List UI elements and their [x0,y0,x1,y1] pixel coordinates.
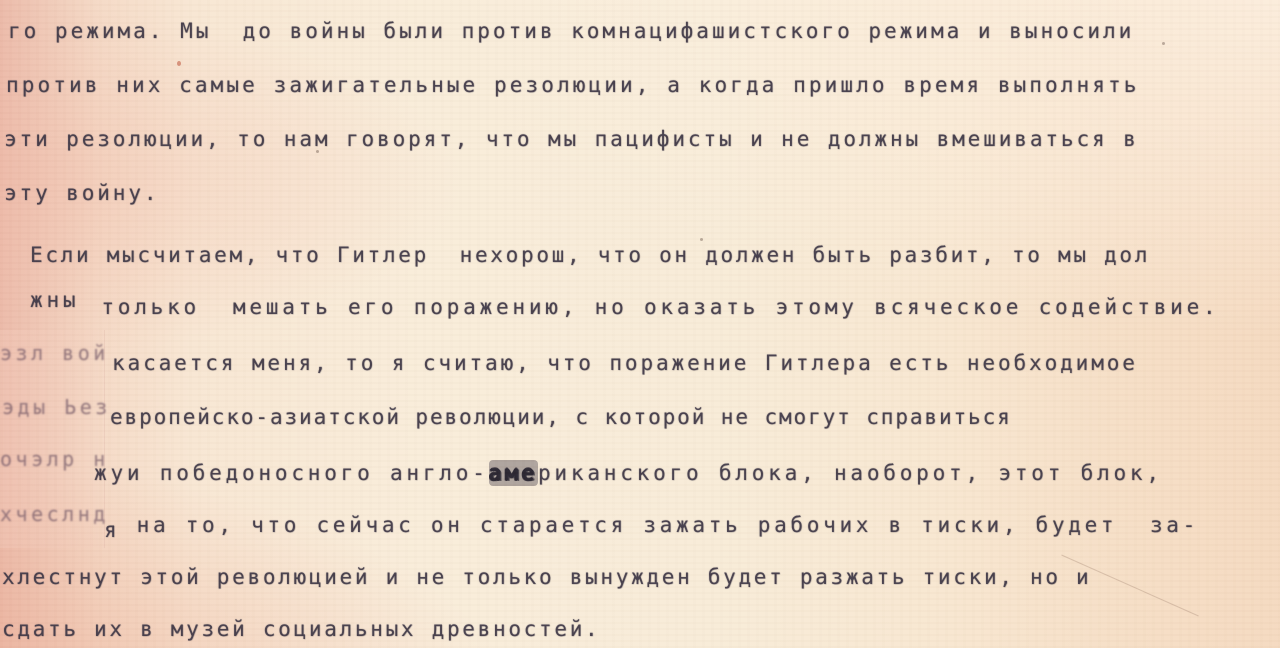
line-text: против них самые зажигательные резолюции… [6,72,1140,98]
paper-speck [1162,42,1165,45]
bleedthrough-fragment-3: очэлр н [0,447,109,471]
line-text: жуи победоносного англо- [94,460,489,486]
overstrike-correction: аме [489,460,538,486]
text-line-5: Если мысчитаем, что Гитлер нехорош, что … [30,242,1150,268]
line-text: только мешать его поражению, но оказать … [101,294,1219,320]
line-text: эти резолюции, то нам говорят, что мы па… [4,126,1139,152]
line-text: сдать их в музей социальных древностей. [2,616,600,642]
line-text: европейско-азиатской революции, с которо… [110,404,1012,430]
bleedthrough-fragment-2: эды Ьез [2,395,111,419]
line-text: я [104,517,120,543]
text-line-1: го режима. Мы до войны были против комна… [8,18,1134,44]
line-text: на то, что сейчас он старается зажать ра… [120,512,1199,538]
line-text: жны [30,287,79,313]
text-line-4: эту войну. [4,180,159,206]
bleedthrough-fragment-1: эзл вой [0,341,109,365]
line-text: го режима. Мы до войны были против комна… [8,18,1134,44]
document-page: эзл войэды Ьезочэлр нхчеслнд го режима. … [0,0,1280,648]
line-text: хлестнут этой революцией и не только вын… [2,564,1091,590]
line-text: касается меня, то я считаю, что поражени… [112,350,1138,376]
text-line-8: европейско-азиатской революции, с которо… [110,404,1012,430]
text-line-9: жуи победоносного англо-американского бл… [94,460,1163,486]
paper-speck [177,61,181,66]
line-text: риканского блока, наоборот, этот блок, [538,460,1163,486]
line-text: эту войну. [4,180,159,206]
bleedthrough-fragment-4: хчеслнд [0,502,109,526]
text-line-2: против них самые зажигательные резолюции… [6,72,1140,98]
paper-speck [316,150,319,153]
text-line-12: сдать их в музей социальных древностей. [2,616,600,642]
text-line-7: касается меня, то я считаю, что поражени… [112,350,1138,376]
text-line-6: жнытолько мешать его поражению, но оказа… [30,294,1219,320]
text-line-10: я на то, что сейчас он старается зажать … [104,512,1199,538]
text-line-11: хлестнут этой революцией и не только вын… [2,564,1091,590]
paper-speck [700,238,703,241]
text-line-3: эти резолюции, то нам говорят, что мы па… [4,126,1139,152]
line-text: Если мысчитаем, что Гитлер нехорош, что … [30,242,1150,268]
